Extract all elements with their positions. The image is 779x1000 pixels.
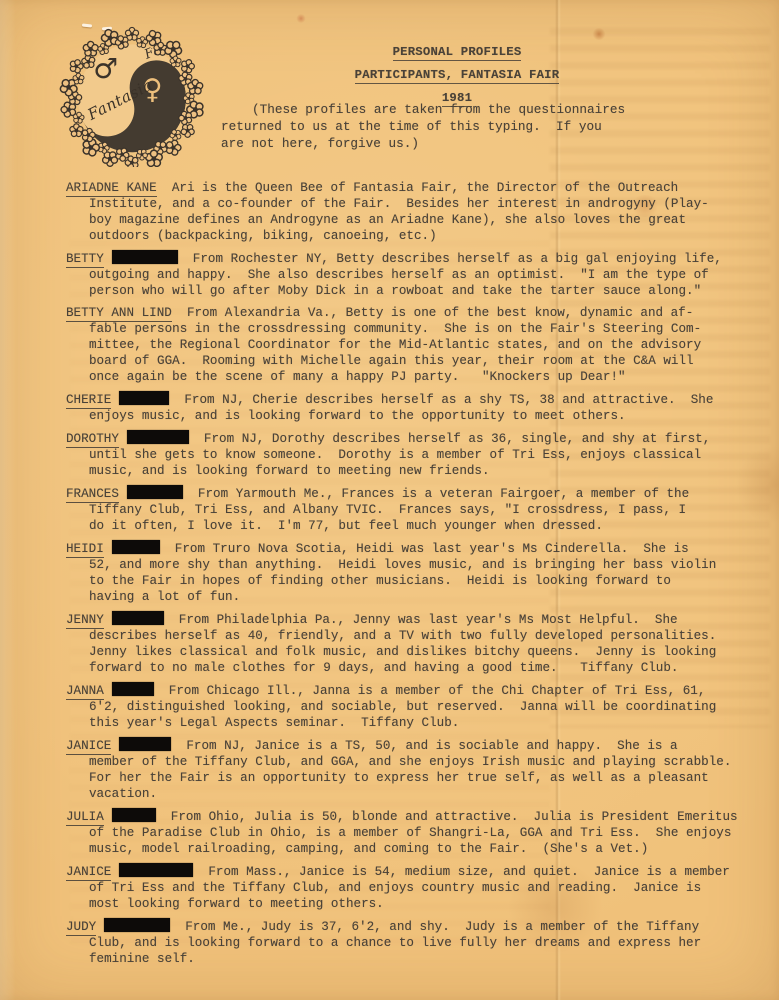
profile-text-line: Jenny likes classical and folk music, an… bbox=[66, 644, 756, 660]
profile-entry: JUDYFrom Me., Judy is 37, 6'2, and shy. … bbox=[66, 918, 756, 967]
profile-text: From NJ, Janice is a TS, 50, and is soci… bbox=[186, 739, 677, 753]
title-line-1: PERSONAL PROFILES bbox=[341, 41, 573, 64]
profile-text: From NJ, Cherie describes herself as a s… bbox=[184, 393, 713, 407]
profile-text-line: Institute, and a co-founder of the Fair.… bbox=[66, 196, 756, 212]
profile-name: BETTY bbox=[66, 252, 104, 268]
male-symbol-icon: ♂ bbox=[93, 52, 118, 85]
profile-text: From Me., Judy is 37, 6'2, and shy. Judy… bbox=[185, 920, 699, 934]
profile-text-line: once again be the scene of many a happy … bbox=[66, 369, 756, 385]
profile-name: HEIDI bbox=[66, 542, 104, 558]
profile-name: JANICE bbox=[66, 739, 111, 755]
profile-text-line: most looking forward to meeting others. bbox=[66, 896, 756, 912]
profile-text: From Ohio, Julia is 50, blonde and attra… bbox=[171, 810, 738, 824]
profile-text: From Yarmouth Me., Frances is a veteran … bbox=[198, 487, 689, 501]
redaction-bar bbox=[112, 808, 156, 822]
intro-line: (These profiles are taken from the quest… bbox=[221, 101, 661, 118]
intro-line: returned to us at the time of this typin… bbox=[221, 118, 661, 135]
profile-entry: JENNYFrom Philadelphia Pa., Jenny was la… bbox=[66, 611, 756, 676]
profile-text-line: board of GGA. Rooming with Michelle agai… bbox=[66, 353, 756, 369]
profile-name: CHERIE bbox=[66, 393, 111, 409]
profile-text: From Alexandria Va., Betty is one of the… bbox=[187, 306, 693, 320]
profile-text: From Rochester NY, Betty describes herse… bbox=[193, 252, 722, 266]
profile-text-line: enjoys music, and is looking forward to … bbox=[66, 408, 756, 424]
profile-text-line: describes herself as 40, friendly, and a… bbox=[66, 628, 756, 644]
profiles-list: ARIADNE KANE Ari is the Queen Bee of Fan… bbox=[66, 180, 756, 973]
profile-name: ARIADNE KANE bbox=[66, 181, 157, 197]
profile-entry: BETTY ANN LIND From Alexandria Va., Bett… bbox=[66, 305, 756, 385]
profile-text-line: do it often, I love it. I'm 77, but feel… bbox=[66, 518, 756, 534]
profile-text-line: having a lot of fun. bbox=[66, 589, 756, 605]
redaction-bar bbox=[127, 430, 189, 444]
redaction-bar bbox=[119, 391, 169, 405]
profile-name: JANNA bbox=[66, 684, 104, 700]
profile-entry: DOROTHYFrom NJ, Dorothy describes hersel… bbox=[66, 430, 756, 479]
profile-name: BETTY ANN LIND bbox=[66, 306, 172, 322]
profile-text-line: Tiffany Club, Tri Ess, and Albany TVIC. … bbox=[66, 502, 756, 518]
redaction-bar bbox=[112, 682, 154, 696]
profile-text-line: music, and is looking forward to meeting… bbox=[66, 463, 756, 479]
profile-text-line: Club, and is looking forward to a chance… bbox=[66, 935, 756, 951]
profile-name: DOROTHY bbox=[66, 432, 119, 448]
profile-text-line: outdoors (backpacking, biking, canoeing,… bbox=[66, 228, 756, 244]
profile-text-line: feminine self. bbox=[66, 951, 756, 967]
redaction-bar bbox=[112, 611, 164, 625]
profile-entry: ARIADNE KANE Ari is the Queen Bee of Fan… bbox=[66, 180, 756, 244]
redaction-bar bbox=[104, 918, 170, 932]
profile-text: From Mass., Janice is 54, medium size, a… bbox=[208, 865, 729, 879]
profile-text-line: fable persons in the crossdressing commu… bbox=[66, 321, 756, 337]
profile-text: From NJ, Dorothy describes herself as 36… bbox=[204, 432, 710, 446]
profile-name: FRANCES bbox=[66, 487, 119, 503]
profile-name: JANICE bbox=[66, 865, 111, 881]
profile-text: From Chicago Ill., Janna is a member of … bbox=[169, 684, 706, 698]
profile-text-line: For her the Fair is an opportunity to ex… bbox=[66, 770, 756, 786]
intro-note: (These profiles are taken from the quest… bbox=[221, 101, 661, 152]
profile-entry: JANNAFrom Chicago Ill., Janna is a membe… bbox=[66, 682, 756, 731]
profile-name: JENNY bbox=[66, 613, 104, 629]
profile-name: JULIA bbox=[66, 810, 104, 826]
document-header: PERSONAL PROFILES PARTICIPANTS, FANTASIA… bbox=[341, 41, 573, 110]
profile-text-line: member of the Tiffany Club, and GGA, and… bbox=[66, 754, 756, 770]
intro-line: are not here, forgive us.) bbox=[221, 135, 661, 152]
profile-text-line: of the Paradise Club in Ohio, is a membe… bbox=[66, 825, 756, 841]
profile-text-line: forward to no male clothes for 9 days, a… bbox=[66, 660, 756, 676]
profile-entry: HEIDIFrom Truro Nova Scotia, Heidi was l… bbox=[66, 540, 756, 605]
profile-text-line: of Tri Ess and the Tiffany Club, and enj… bbox=[66, 880, 756, 896]
paper-stain bbox=[296, 14, 306, 23]
redaction-bar bbox=[119, 737, 171, 751]
redaction-bar bbox=[127, 485, 183, 499]
profile-entry: FRANCESFrom Yarmouth Me., Frances is a v… bbox=[66, 485, 756, 534]
profile-text-line: music, model railroading, camping, and c… bbox=[66, 841, 756, 857]
scanned-document-page: ♂ ♀ Fantasia Fair PERSONAL PROFILES PART… bbox=[0, 0, 779, 1000]
fantasia-fair-logo: ♂ ♀ Fantasia Fair bbox=[57, 21, 207, 167]
profile-text-line: this year's Legal Aspects seminar. Tiffa… bbox=[66, 715, 756, 731]
profile-text-line: 52, and more shy than anything. Heidi lo… bbox=[66, 557, 756, 573]
profile-entry: CHERIEFrom NJ, Cherie describes herself … bbox=[66, 391, 756, 424]
profile-entry: BETTYFrom Rochester NY, Betty describes … bbox=[66, 250, 756, 299]
profile-text-line: 6'2, distinguished looking, and sociable… bbox=[66, 699, 756, 715]
profile-text-line: person who will go after Moby Dick in a … bbox=[66, 283, 756, 299]
profile-entry: JULIAFrom Ohio, Julia is 50, blonde and … bbox=[66, 808, 756, 857]
redaction-bar bbox=[119, 863, 193, 877]
profile-text-line: boy magazine defines an Androgyne as an … bbox=[66, 212, 756, 228]
profile-text: From Truro Nova Scotia, Heidi was last y… bbox=[175, 542, 689, 556]
profile-text-line: mittee, the Regional Coordinator for the… bbox=[66, 337, 756, 353]
redaction-bar bbox=[112, 250, 178, 264]
profile-text-line: vacation. bbox=[66, 786, 756, 802]
profile-name: JUDY bbox=[66, 920, 96, 936]
redaction-bar bbox=[112, 540, 160, 554]
profile-text-line: until she gets to know someone. Dorothy … bbox=[66, 447, 756, 463]
profile-entry: JANICEFrom NJ, Janice is a TS, 50, and i… bbox=[66, 737, 756, 802]
profile-text: Ari is the Queen Bee of Fantasia Fair, t… bbox=[172, 181, 678, 195]
profile-entry: JANICEFrom Mass., Janice is 54, medium s… bbox=[66, 863, 756, 912]
profile-text-line: to the Fair in hopes of finding other mu… bbox=[66, 573, 756, 589]
profile-text: From Philadelphia Pa., Jenny was last ye… bbox=[179, 613, 678, 627]
profile-text-line: outgoing and happy. She also describes h… bbox=[66, 267, 756, 283]
